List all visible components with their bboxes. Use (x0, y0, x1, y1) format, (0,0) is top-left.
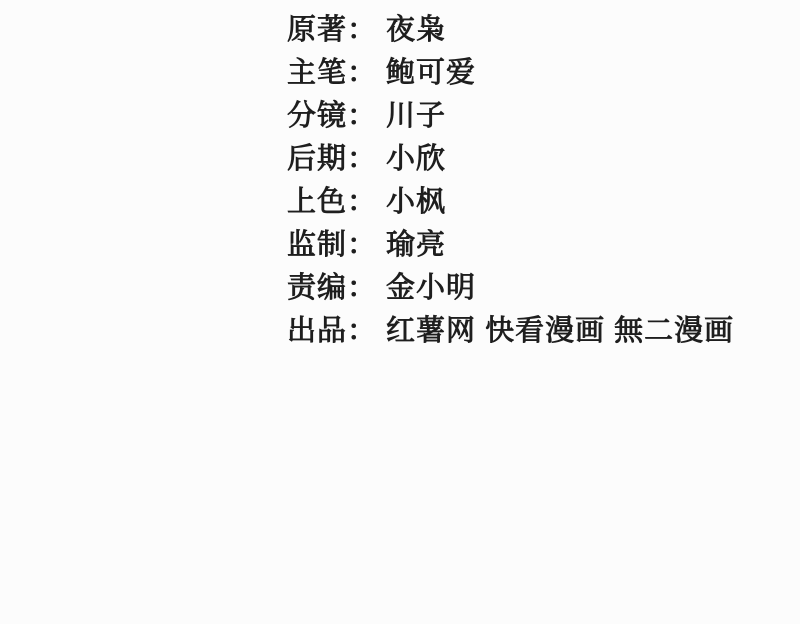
credit-row-post-production: 后期：小欣 (287, 138, 734, 181)
credit-row-supervisor: 监制：瑜亮 (287, 224, 734, 267)
credit-name: 红薯网 快看漫画 無二漫画 (386, 310, 734, 353)
credit-row-original-author: 原著：夜枭 (287, 9, 734, 52)
credit-name: 夜枭 (386, 9, 446, 52)
credit-colon: ： (347, 310, 377, 353)
credit-name: 鲍可爱 (386, 52, 476, 95)
credit-row-publisher: 出品：红薯网 快看漫画 無二漫画 (287, 310, 734, 353)
credit-role: 后期 (287, 138, 347, 181)
credit-role: 原著 (287, 9, 347, 52)
credit-name: 金小明 (386, 267, 476, 310)
credit-row-storyboard: 分镜：川子 (287, 95, 734, 138)
credits-block: 原著：夜枭 主笔：鲍可爱 分镜：川子 后期：小欣 上色：小枫 监制：瑜亮 责编：… (287, 9, 734, 353)
credit-row-editor: 责编：金小明 (287, 267, 734, 310)
credit-colon: ： (347, 95, 377, 138)
credit-role: 主笔 (287, 52, 347, 95)
credit-row-coloring: 上色：小枫 (287, 181, 734, 224)
credit-colon: ： (347, 52, 377, 95)
credit-name: 瑜亮 (386, 224, 446, 267)
credit-colon: ： (347, 267, 377, 310)
credit-colon: ： (347, 224, 377, 267)
credit-role: 出品 (287, 310, 347, 353)
credit-role: 分镜 (287, 95, 347, 138)
credit-name: 小枫 (386, 181, 446, 224)
credit-name: 川子 (386, 95, 446, 138)
credit-name: 小欣 (386, 138, 446, 181)
credit-colon: ： (347, 181, 377, 224)
credit-row-lead-artist: 主笔：鲍可爱 (287, 52, 734, 95)
credit-colon: ： (347, 9, 377, 52)
credit-role: 上色 (287, 181, 347, 224)
credit-role: 监制 (287, 224, 347, 267)
credit-role: 责编 (287, 267, 347, 310)
credits-page: 原著：夜枭 主笔：鲍可爱 分镜：川子 后期：小欣 上色：小枫 监制：瑜亮 责编：… (0, 0, 800, 624)
credit-colon: ： (347, 138, 377, 181)
